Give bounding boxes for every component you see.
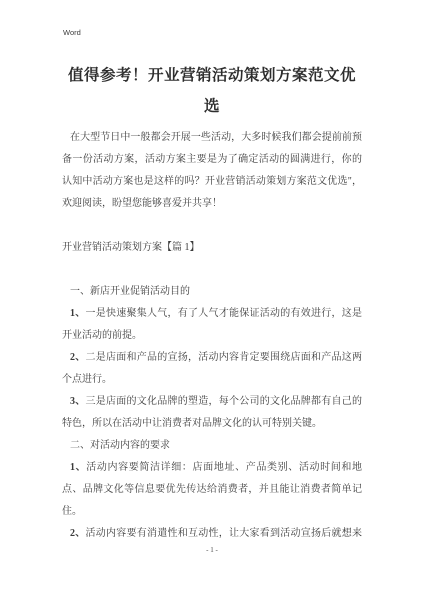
text-line bbox=[62, 259, 362, 281]
app-label: Word bbox=[63, 28, 81, 37]
text-line: 开业活动的前提。 bbox=[62, 325, 362, 347]
text-line: 1、一是快速聚集人气，有了人气才能保证活动的有效进行，这是 bbox=[62, 303, 362, 325]
text-line: 3、三是店面的文化品牌的塑造，每个公司的文化品牌都有自己的 bbox=[62, 391, 362, 413]
text-line: 开业营销活动策划方案【篇 1】 bbox=[62, 237, 362, 259]
text-line: 备一份活动方案，活动方案主要是为了确定活动的圆满进行，你的 bbox=[62, 149, 362, 171]
text-line: 2、活动内容要有消遣性和互动性，让大家看到活动宣扬后就想来 bbox=[62, 523, 362, 545]
document-body: 在大型节日中一般都会开展一些活动，大多时候我们都会提前前预备一份活动方案，活动方… bbox=[62, 127, 362, 545]
document-title-line-1: 值得参考！开业营销活动策划方案范文优 bbox=[62, 60, 362, 91]
text-line: 点、品牌文化等信息要优先传达给消费者，并且能让消费者简单记 bbox=[62, 479, 362, 501]
page-number: - 1 - bbox=[62, 545, 362, 555]
text-line: 住。 bbox=[62, 501, 362, 523]
text-line: 一、新店开业促销活动目的 bbox=[62, 281, 362, 303]
list-number: 2、 bbox=[70, 352, 86, 363]
list-number: 3、 bbox=[70, 396, 86, 407]
text-line: 二、对活动内容的要求 bbox=[62, 435, 362, 457]
text-line: 在大型节日中一般都会开展一些活动，大多时候我们都会提前前预 bbox=[62, 127, 362, 149]
list-number: 1、 bbox=[70, 308, 86, 319]
text-line: 1、活动内容要简洁详细：店面地址、产品类别、活动时间和地 bbox=[62, 457, 362, 479]
document-page: Word 值得参考！开业营销活动策划方案范文优 选 在大型节日中一般都会开展一些… bbox=[0, 0, 424, 600]
list-number: 2、 bbox=[70, 528, 86, 539]
text-line bbox=[62, 215, 362, 237]
text-line: 特色，所以在活动中让消费者对品牌文化的认可特别关键。 bbox=[62, 413, 362, 435]
text-line: 认知中活动方案也是这样的吗？开业营销活动策划方案范文优选"， bbox=[62, 171, 362, 193]
list-number: 1、 bbox=[70, 462, 86, 473]
text-line: 2、二是店面和产品的宣扬，活动内容肯定要围绕店面和产品这两 bbox=[62, 347, 362, 369]
text-line: 欢迎阅读，盼望您能够喜爱并共享！ bbox=[62, 193, 362, 215]
document-title-line-2: 选 bbox=[62, 91, 362, 122]
text-line: 个点进行。 bbox=[62, 369, 362, 391]
document-title: 值得参考！开业营销活动策划方案范文优 选 bbox=[62, 60, 362, 122]
